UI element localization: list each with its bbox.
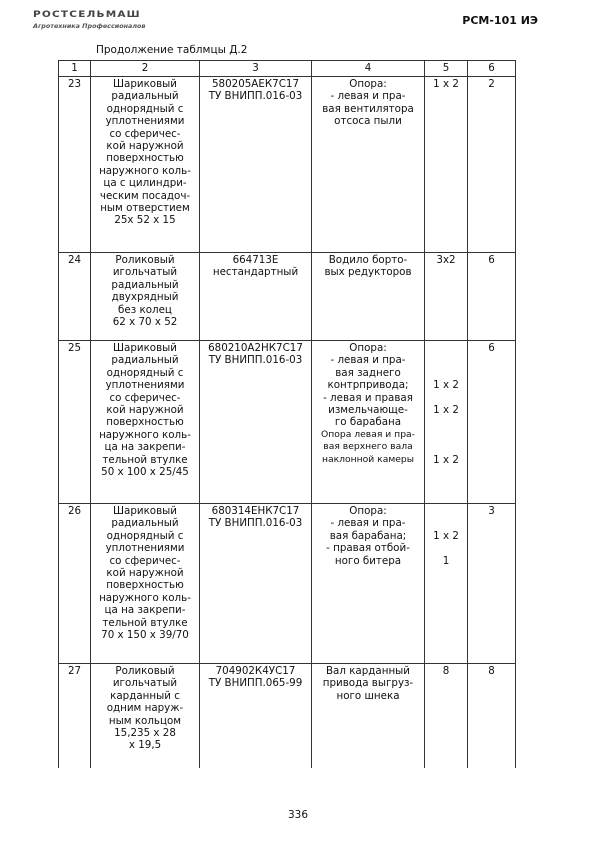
table-row: 26Шариковыйрадиальныйоднорядный суплотне… [59, 504, 516, 664]
item-number-line: 24 [61, 254, 88, 266]
table-row: 27Роликовыйигольчатыйкарданный содним на… [59, 664, 516, 768]
bearing-name-line: игольчатый [93, 677, 197, 689]
quantity-line [427, 505, 465, 517]
quantity-line: 1 х 2 [427, 454, 465, 466]
bearing-name-line: без колец [93, 304, 197, 316]
bearing-name-line: ческим посадоч- [93, 190, 197, 202]
installation-location-line: вая вентилятора [314, 103, 422, 115]
item-number: 25 [59, 341, 91, 504]
bearing-designation-line: 580205АЕК7С17 [202, 78, 309, 90]
bearing-name-line: поверхностью [93, 152, 197, 164]
quantity-line [427, 416, 465, 428]
bearing-name-line: игольчатый [93, 266, 197, 278]
bearing-name-line: уплотнениями [93, 542, 197, 554]
bearing-name-line: кой наружной [93, 140, 197, 152]
bearing-name-line: наружного коль- [93, 165, 197, 177]
installation-location-line: вая верхнего вала [314, 441, 422, 453]
installation-location-line: Опора: [314, 78, 422, 90]
bearing-name-line: 25х 52 х 15 [93, 214, 197, 226]
item-number-line: 26 [61, 505, 88, 517]
installation-location: Водило борто-вых редукторов [312, 253, 425, 341]
quantity: 1 х 2 [425, 77, 468, 253]
bearing-name-line: со сферичес- [93, 392, 197, 404]
installation-location-line: вая барабана; [314, 530, 422, 542]
bearing-name-line: 15,235 х 28 [93, 727, 197, 739]
quantity-line [427, 354, 465, 366]
logo-title: РОСТСЕЛЬМАШ [33, 10, 145, 19]
bearing-name-line: 70 х 150 х 39/70 [93, 629, 197, 641]
bearing-designation-line: 680314ЕНК7С17 [202, 505, 309, 517]
item-number: 26 [59, 504, 91, 664]
item-number: 27 [59, 664, 91, 768]
item-number: 24 [59, 253, 91, 341]
quantity-line: 1 [427, 555, 465, 567]
quantity-line [427, 392, 465, 404]
quantity: 1 х 2 1 х 2 1 х 2 [425, 341, 468, 504]
quantity-line [427, 542, 465, 554]
installation-location-line: Водило борто- [314, 254, 422, 266]
item-number-line: 23 [61, 78, 88, 90]
bearing-name: Шариковыйрадиальныйоднорядный суплотнени… [91, 77, 200, 253]
bearing-name-line: уплотнениями [93, 115, 197, 127]
bearing-name-line: однорядный с [93, 367, 197, 379]
quantity-line: 1 х 2 [427, 78, 465, 90]
bearing-name-line: радиальный [93, 90, 197, 102]
column-6-value-line: 6 [470, 342, 513, 354]
column-6-value-line: 2 [470, 78, 513, 90]
bearing-name-line: тельной втулке [93, 617, 197, 629]
bearing-name-line: одним наруж- [93, 702, 197, 714]
logo-subtitle: Агротехника Профессионалов [33, 22, 145, 30]
bearing-designation-line: ТУ ВНИПП.016-03 [202, 517, 309, 529]
column-6-value-line: 6 [470, 254, 513, 266]
bearing-name-line: поверхностью [93, 579, 197, 591]
bearing-name-line: однорядный с [93, 530, 197, 542]
installation-location: Вал карданныйпривода выгруз-ного шнека [312, 664, 425, 768]
installation-location-line: Опора: [314, 342, 422, 354]
installation-location: Опора:- левая и пра-вая заднегоконтрприв… [312, 341, 425, 504]
quantity-line [427, 367, 465, 379]
column-6-value: 2 [468, 77, 516, 253]
bearing-designation-line: 664713Е [202, 254, 309, 266]
table-caption: Продолжение таблмцы Д.2 [96, 44, 247, 56]
bearing-name-line: Шариковый [93, 78, 197, 90]
bearing-name-line: радиальный [93, 517, 197, 529]
installation-location-line: измельчающе- [314, 404, 422, 416]
bearing-name: Шариковыйрадиальныйоднорядный суплотнени… [91, 504, 200, 664]
quantity-line: 1 х 2 [427, 379, 465, 391]
bearing-name-line: со сферичес- [93, 128, 197, 140]
column-6-value-line: 8 [470, 665, 513, 677]
installation-location-line: контрпривода; [314, 379, 422, 391]
installation-location-line: - левая и пра- [314, 517, 422, 529]
column-6-value: 8 [468, 664, 516, 768]
installation-location-line: - левая и правая [314, 392, 422, 404]
installation-location-line: - левая и пра- [314, 90, 422, 102]
bearing-name: Роликовыйигольчатыйрадиальныйдвухрядныйб… [91, 253, 200, 341]
bearing-designation: 704902К4УС17ТУ ВНИПП.065-99 [200, 664, 312, 768]
installation-location: Опора:- левая и пра-вая барабана;- права… [312, 504, 425, 664]
installation-location-line: вая заднего [314, 367, 422, 379]
company-logo: РОСТСЕЛЬМАШ Агротехника Профессионалов [33, 10, 145, 30]
bearing-name-line: х 19,5 [93, 739, 197, 751]
column-header: 5 [425, 61, 468, 77]
bearing-name-line: тельной втулке [93, 454, 197, 466]
bearing-name-line: поверхностью [93, 416, 197, 428]
column-number-row: 1 2 3 4 5 6 [59, 61, 516, 77]
installation-location: Опора:- левая и пра-вая вентилятораотсос… [312, 77, 425, 253]
quantity-line [427, 429, 465, 441]
quantity: 1 х 2 1 [425, 504, 468, 664]
quantity-line: 1 х 2 [427, 530, 465, 542]
column-6-value: 6 [468, 253, 516, 341]
quantity-line [427, 342, 465, 354]
bearing-designation-line: нестандартный [202, 266, 309, 278]
page-number: 336 [0, 809, 596, 821]
installation-location-line: Вал карданный [314, 665, 422, 677]
quantity-line: 8 [427, 665, 465, 677]
quantity: 3х2 [425, 253, 468, 341]
bearing-name-line: карданный с [93, 690, 197, 702]
quantity-line: 3х2 [427, 254, 465, 266]
document-code: РСМ-101 ИЭ [462, 14, 538, 27]
quantity-line [427, 517, 465, 529]
installation-location-line: Опора левая и пра- [314, 429, 422, 441]
bearing-designation: 664713Енестандартный [200, 253, 312, 341]
installation-location-line: Опора: [314, 505, 422, 517]
bearing-name-line: кой наружной [93, 404, 197, 416]
installation-location-line: го барабана [314, 416, 422, 428]
table-row: 25Шариковыйрадиальныйоднорядный суплотне… [59, 341, 516, 504]
column-header: 2 [91, 61, 200, 77]
column-header: 6 [468, 61, 516, 77]
bearing-name-line: Шариковый [93, 342, 197, 354]
bearing-name-line: ным кольцом [93, 715, 197, 727]
quantity: 8 [425, 664, 468, 768]
table-row: 23Шариковыйрадиальныйоднорядный суплотне… [59, 77, 516, 253]
bearing-name-line: 50 х 100 х 25/45 [93, 466, 197, 478]
bearing-name-line: ца на закрепи- [93, 441, 197, 453]
bearing-designation-line: ТУ ВНИПП.016-03 [202, 90, 309, 102]
bearing-name-line: 62 х 70 х 52 [93, 316, 197, 328]
item-number-line: 27 [61, 665, 88, 677]
installation-location-line: наклонной камеры [314, 454, 422, 466]
bearing-designation: 680314ЕНК7С17ТУ ВНИПП.016-03 [200, 504, 312, 664]
bearing-name-line: двухрядный [93, 291, 197, 303]
bearing-name-line: наружного коль- [93, 592, 197, 604]
bearing-designation: 580205АЕК7С17ТУ ВНИПП.016-03 [200, 77, 312, 253]
item-number-line: 25 [61, 342, 88, 354]
quantity-line: 1 х 2 [427, 404, 465, 416]
bearing-designation-line: 680210А2НК7С17 [202, 342, 309, 354]
installation-location-line: ного шнека [314, 690, 422, 702]
item-number: 23 [59, 77, 91, 253]
installation-location-line: - правая отбой- [314, 542, 422, 554]
column-6-value-line: 3 [470, 505, 513, 517]
bearing-name-line: кой наружной [93, 567, 197, 579]
bearing-name-line: радиальный [93, 354, 197, 366]
bearing-designation-line: ТУ ВНИПП.065-99 [202, 677, 309, 689]
bearing-name-line: Роликовый [93, 254, 197, 266]
bearing-name-line: радиальный [93, 279, 197, 291]
bearing-designation-line: 704902К4УС17 [202, 665, 309, 677]
installation-location-line: привода выгруз- [314, 677, 422, 689]
bearing-name-line: ца на закрепи- [93, 604, 197, 616]
table-row: 24Роликовыйигольчатыйрадиальныйдвухрядны… [59, 253, 516, 341]
bearing-name-line: ным отверстием [93, 202, 197, 214]
installation-location-line: - левая и пра- [314, 354, 422, 366]
bearing-name-line: ца с цилиндри- [93, 177, 197, 189]
column-6-value: 3 [468, 504, 516, 664]
installation-location-line: отсоса пыли [314, 115, 422, 127]
bearing-name-line: наружного коль- [93, 429, 197, 441]
column-header: 3 [200, 61, 312, 77]
quantity-line [427, 441, 465, 453]
installation-location-line: вых редукторов [314, 266, 422, 278]
column-header: 4 [312, 61, 425, 77]
bearing-table: 1 2 3 4 5 6 23Шариковыйрадиальныйодноряд… [58, 60, 516, 768]
column-6-value: 6 [468, 341, 516, 504]
bearing-name-line: однорядный с [93, 103, 197, 115]
bearing-name: Шариковыйрадиальныйоднорядный суплотнени… [91, 341, 200, 504]
bearing-name-line: уплотнениями [93, 379, 197, 391]
bearing-name-line: Шариковый [93, 505, 197, 517]
bearing-designation-line: ТУ ВНИПП.016-03 [202, 354, 309, 366]
bearing-name: Роликовыйигольчатыйкарданный содним нару… [91, 664, 200, 768]
column-header: 1 [59, 61, 91, 77]
bearing-name-line: Роликовый [93, 665, 197, 677]
installation-location-line: ного битера [314, 555, 422, 567]
bearing-name-line: со сферичес- [93, 555, 197, 567]
bearing-designation: 680210А2НК7С17ТУ ВНИПП.016-03 [200, 341, 312, 504]
